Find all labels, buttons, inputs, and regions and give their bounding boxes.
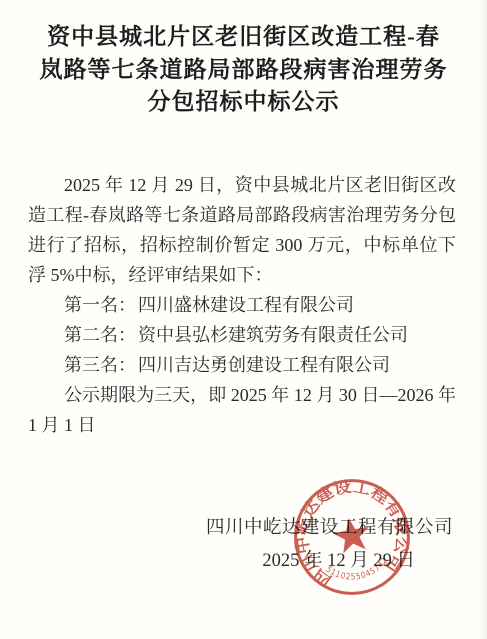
rank-row-3: 第三名：四川吉达勇创建设工程有限公司 bbox=[28, 350, 456, 380]
notice-title-line-1: 资中县城北片区老旧街区改造工程-春 bbox=[0, 21, 487, 54]
rank-row-1: 第一名：四川盛林建设工程有限公司 bbox=[28, 290, 456, 320]
rank-3-company: 四川吉达勇创建设工程有限公司 bbox=[138, 355, 390, 375]
rank-1-company: 四川盛林建设工程有限公司 bbox=[138, 295, 354, 315]
ranking-list: 第一名：四川盛林建设工程有限公司 第二名：资中县弘杉建筑劳务有限责任公司 第三名… bbox=[28, 290, 456, 380]
notice-title-line-3: 分包招标中标公示 bbox=[0, 86, 487, 119]
notice-title: 资中县城北片区老旧街区改造工程-春 岚路等七条道路局部路段病害治理劳务 分包招标… bbox=[0, 0, 487, 119]
signature-date: 2025 年 12 月 29 日 bbox=[262, 546, 415, 572]
validity-paragraph: 公示期限为三天，即 2025 年 12 月 30 日—2026 年 1 月 1 … bbox=[28, 380, 456, 440]
notice-body: 2025 年 12 月 29 日，资中县城北片区老旧街区改造工程-春岚路等七条道… bbox=[28, 170, 456, 440]
body-paragraph: 2025 年 12 月 29 日，资中县城北片区老旧街区改造工程-春岚路等七条道… bbox=[28, 170, 456, 290]
rank-1-label: 第一名： bbox=[64, 295, 136, 315]
rank-2-company: 资中县弘杉建筑劳务有限责任公司 bbox=[138, 325, 408, 345]
scanned-notice-page: 资中县城北片区老旧街区改造工程-春 岚路等七条道路局部路段病害治理劳务 分包招标… bbox=[0, 0, 487, 639]
rank-2-label: 第二名： bbox=[64, 325, 136, 345]
rank-row-2: 第二名：资中县弘杉建筑劳务有限责任公司 bbox=[28, 320, 456, 350]
notice-title-line-2: 岚路等七条道路局部路段病害治理劳务 bbox=[0, 54, 487, 87]
rank-3-label: 第三名： bbox=[64, 355, 136, 375]
signature-company: 四川中屹达建设工程有限公司 bbox=[206, 513, 453, 539]
